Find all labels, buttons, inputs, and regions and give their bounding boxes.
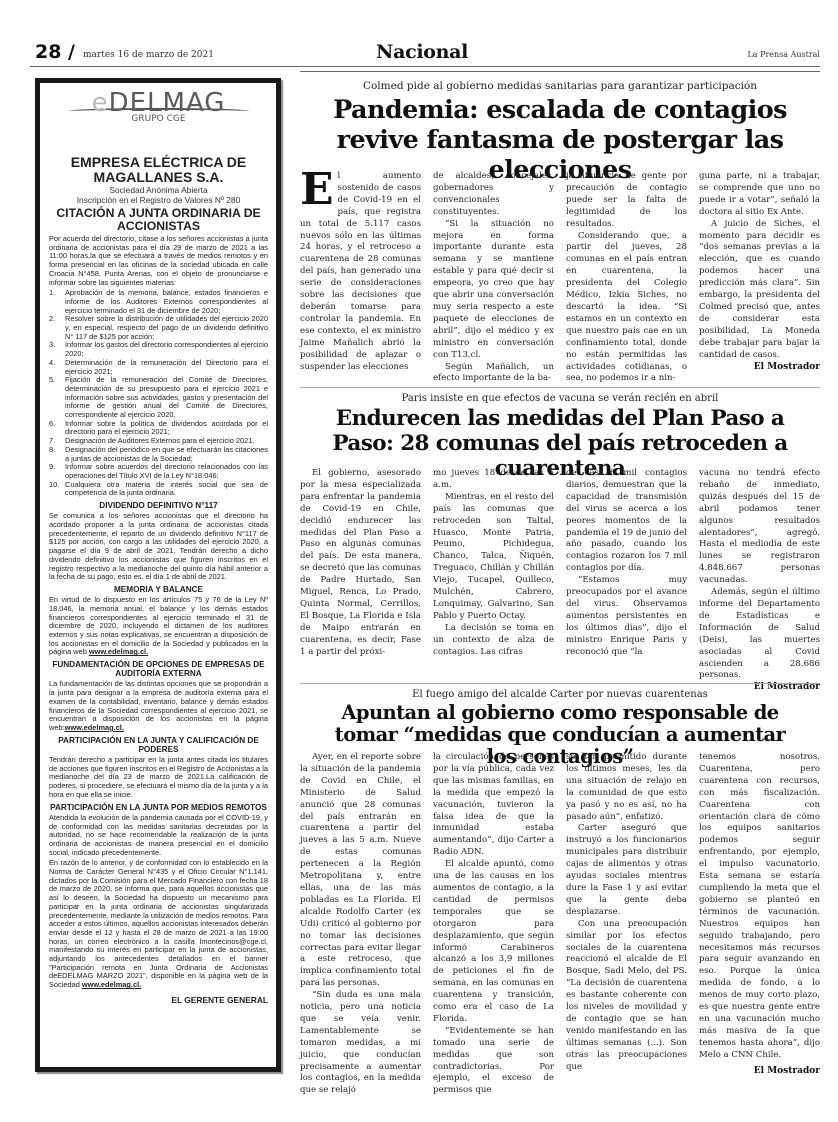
participation-heading: PARTICIPACIÓN EN LA JUNTA Y CALIFICACIÓN…: [49, 736, 268, 754]
page-header: 28 / martes 16 de marzo de 2021 Nacional…: [30, 38, 820, 68]
article-separator: [300, 683, 820, 684]
memoria-heading: MEMORIA Y BALANCE: [49, 585, 268, 594]
article-column: de alcaldes, concejales, gobernadores y …: [433, 171, 554, 385]
company-registry: Inscripción en el Registro de Valores Nº…: [49, 195, 268, 205]
company-name: EMPRESA ELÉCTRICA DE MAGALLANES S.A.: [49, 155, 268, 185]
article-kicker: El fuego amigo del alcalde Carter por nu…: [300, 689, 820, 700]
drop-cap: E: [300, 172, 334, 208]
article-column: tenemos nosotros. Cuarentena, pero cuare…: [699, 752, 820, 1097]
remote-text-2: En razón de lo anterior, y de conformida…: [49, 859, 268, 990]
article-byline: El Mostrador: [699, 1066, 820, 1078]
publication-name: La Prensa Austral: [747, 50, 820, 59]
article-separator: [300, 387, 820, 388]
edelmag-logo: eDELMAG GRUPO CGE: [49, 99, 268, 151]
agenda-item: 6.Informar sobre la política de dividend…: [49, 420, 268, 437]
header-rule-secondary: [300, 71, 820, 72]
article-elecciones: Colmed pide al gobierno medidas sanitari…: [300, 80, 820, 185]
header-rule: [30, 66, 820, 67]
audit-heading: FUNDAMENTACIÓN DE OPCIONES DE EMPRESAS D…: [49, 660, 268, 678]
page-number: 28 /: [35, 41, 75, 63]
article-column: se han permitido durante los últimos mes…: [566, 752, 687, 1097]
participation-text: Tendrán derecho a participar en la junta…: [49, 756, 268, 800]
memoria-text: En virtud de lo dispuesto en los artícul…: [49, 596, 268, 657]
agenda-list: 1.Aprobación de la memoria, balance, est…: [49, 289, 268, 498]
shareholder-meeting-notice-ad: eDELMAG GRUPO CGE EMPRESA ELÉCTRICA DE M…: [35, 78, 281, 1072]
article-byline: El Mostrador: [699, 362, 820, 374]
article-column: mo jueves 18 desde las 5 a.m. Mientras, …: [433, 468, 554, 694]
issue-date: martes 16 de marzo de 2021: [83, 50, 214, 60]
article-body: El gobierno, asesorado por la mesa espec…: [300, 468, 820, 694]
article-column: ja afluencia de gente por precaución de …: [566, 171, 687, 385]
article-column: Ayer, en el reporte sobre la situación d…: [300, 752, 421, 1097]
website-link[interactable]: www.edelmag.cl.: [82, 980, 141, 989]
dividend-text: Se comunica a los señores accionistas qu…: [49, 512, 268, 582]
agenda-item: 10.Cualquiera otra materia de interés so…: [49, 481, 268, 498]
article-body: El aumento sostenido de casos de Covid-1…: [300, 171, 820, 385]
dividend-heading: DIVIDENDO DEFINITIVO N°117: [49, 501, 268, 510]
website-link[interactable]: www.edelmag.cl.: [89, 647, 148, 656]
company-type: Sociedad Anónima Abierta: [49, 185, 268, 195]
notice-title: CITACIÓN A JUNTA ORDINARIA DE ACCIONISTA…: [49, 207, 268, 232]
remote-text-1: Atendida la evolución de la pandemia cau…: [49, 814, 268, 858]
article-column: El gobierno, asesorado por la mesa espec…: [300, 468, 421, 694]
agenda-item: 1.Aprobación de la memoria, balance, est…: [49, 289, 268, 315]
article-column: de casi 6 mil contagios diarios, demuest…: [566, 468, 687, 694]
agenda-item: 5.Fijación de la remuneración del Comité…: [49, 376, 268, 420]
article-kicker: Colmed pide al gobierno medidas sanitari…: [300, 80, 820, 92]
audit-text: La fundamentación de las distintas opcio…: [49, 680, 268, 732]
section-title: Nacional: [376, 41, 468, 63]
article-kicker: Paris insiste en que efectos de vacuna s…: [300, 393, 820, 404]
agenda-item: 9.Informar sobre acuerdos del directorio…: [49, 463, 268, 480]
agenda-item: 2.Resolver sobre la distribución de util…: [49, 315, 268, 341]
logo-subtitle: GRUPO CGE: [49, 115, 268, 124]
signature: EL GERENTE GENERAL: [49, 996, 268, 1005]
agenda-item: 3.Informar los gastos del directorio cor…: [49, 341, 268, 358]
website-link[interactable]: www.edelmag.cl.: [65, 723, 124, 732]
notice-intro: Por acuerdo del directorio, cítase a los…: [49, 235, 268, 287]
article-column: El aumento sostenido de casos de Covid-1…: [300, 171, 421, 385]
article-column: guna parte, ni a trabajar, se comprende …: [699, 171, 820, 385]
article-column: la circulación de personas por la vía pú…: [433, 752, 554, 1097]
logo-wordmark: eDELMAG: [49, 99, 268, 108]
article-body: Ayer, en el reporte sobre la situación d…: [300, 752, 820, 1097]
agenda-item: 4.Determinación de la remuneración del D…: [49, 359, 268, 376]
remote-heading: PARTICIPACIÓN EN LA JUNTA POR MEDIOS REM…: [49, 803, 268, 812]
agenda-item: 8.Designación del periódico en que se ef…: [49, 446, 268, 463]
article-column: vacuna no tendrá efecto rebaño de inmedi…: [699, 468, 820, 694]
